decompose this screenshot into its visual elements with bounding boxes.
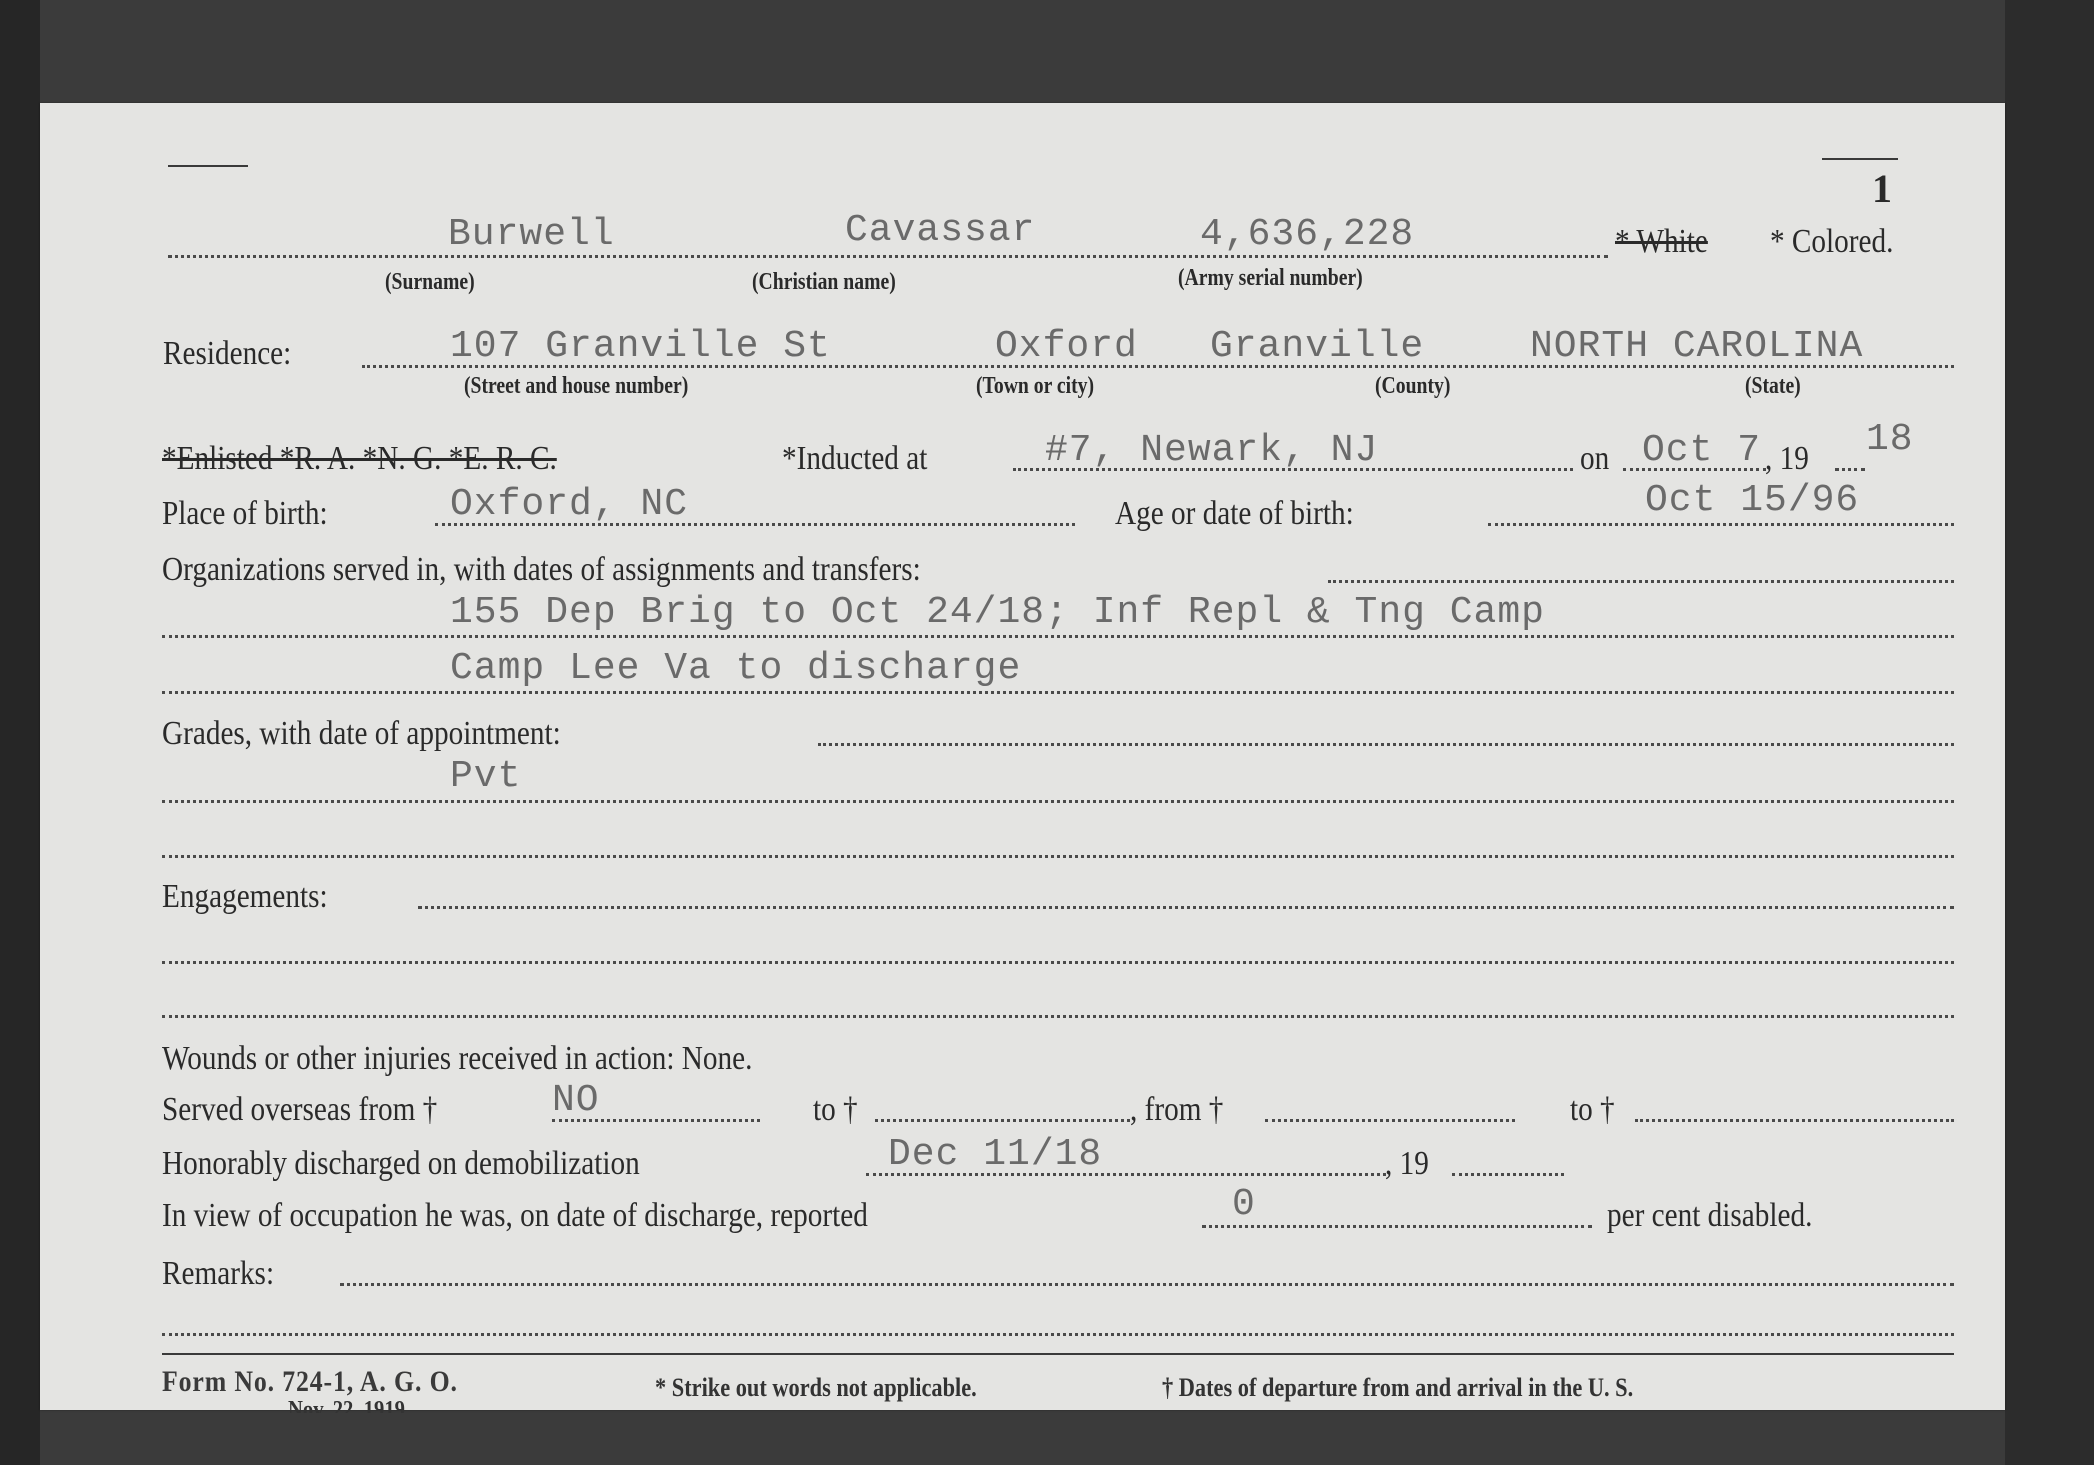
engagements-line-2 (162, 1015, 1954, 1018)
army-serial-number-value: 4,636,228 (1200, 213, 1414, 256)
grade-entry-1: Pvt (450, 755, 521, 798)
race-option-white: * White (1615, 223, 1708, 261)
christian-name-value: Cavassar (845, 209, 1035, 252)
inducted-at-value: #7, Newark, NJ (1045, 429, 1378, 472)
overseas-to-label-2: to † (1570, 1091, 1615, 1129)
form-date: Nov. 22, 1919 (288, 1397, 405, 1413)
scan-background-right (2005, 0, 2094, 1465)
disability-label: In view of occupation he was, on date of… (162, 1197, 868, 1235)
wounds-text: Wounds or other injuries received in act… (162, 1040, 752, 1078)
dates-note: † Dates of departure from and arrival in… (1162, 1373, 1633, 1403)
on-label: on (1580, 440, 1609, 478)
overseas-from-line-2 (1265, 1119, 1515, 1122)
remarks-line-1 (340, 1283, 1954, 1286)
residence-label: Residence: (163, 335, 291, 373)
overseas-to-line-2 (1635, 1119, 1954, 1122)
engagements-line-0 (418, 906, 1954, 909)
christian-name-label: (Christian name) (752, 269, 896, 296)
town-label: (Town or city) (976, 373, 1094, 400)
inducted-year-line (1835, 468, 1865, 471)
organizations-label-line (1328, 580, 1954, 583)
top-right-rule (1822, 158, 1898, 160)
inducted-year-value: 18 (1866, 418, 1914, 461)
strike-out-note: * Strike out words not applicable. (655, 1373, 977, 1403)
birth-date-value: Oct 15/96 (1645, 479, 1859, 522)
overseas-from-label-2: , from † (1130, 1091, 1223, 1129)
place-of-birth-label: Place of birth: (162, 495, 328, 533)
organizations-entry-1: 155 Dep Brig to Oct 24/18; Inf Repl & Tn… (450, 591, 1545, 634)
service-record-card: 1 Burwell Cavassar 4,636,228 * White * C… (40, 103, 2005, 1410)
organizations-entry-2: Camp Lee Va to discharge (450, 647, 1021, 690)
overseas-from-value: NO (552, 1079, 600, 1122)
form-number: Form No. 724-1, A. G. O. (162, 1365, 458, 1399)
surname-value: Burwell (448, 213, 615, 256)
army-serial-number-label: (Army serial number) (1178, 265, 1363, 292)
organizations-line-2 (162, 691, 1954, 694)
engagements-label: Engagements: (162, 878, 328, 916)
residence-town-value: Oxford (995, 325, 1138, 368)
disability-percent-line (1202, 1225, 1592, 1228)
surname-label: (Surname) (385, 269, 475, 296)
discharge-label: Honorably discharged on demobilization (162, 1145, 640, 1183)
street-label: (Street and house number) (464, 373, 688, 400)
discharge-year-prefix: , 19 (1385, 1145, 1429, 1183)
organizations-line-1 (162, 635, 1954, 638)
residence-state-value: NORTH CAROLINA (1530, 325, 1863, 368)
card-number: 1 (1872, 165, 1892, 212)
residence-street-value: 107 Granville St (450, 325, 831, 368)
inducted-date-value: Oct 7 (1642, 429, 1761, 472)
service-type-options: *Enlisted *R. A. *N. G. *E. R. C. (162, 440, 557, 478)
grades-line-1 (162, 800, 1954, 803)
age-or-birth-date-line (1488, 523, 1954, 526)
place-of-birth-value: Oxford, NC (450, 483, 688, 526)
county-label: (County) (1375, 373, 1450, 400)
grades-label: Grades, with date of appointment: (162, 715, 561, 753)
overseas-to-label-1: to † (813, 1091, 858, 1129)
overseas-to-line-1 (875, 1119, 1130, 1122)
organizations-label: Organizations served in, with dates of a… (162, 551, 921, 589)
top-left-rule (168, 165, 248, 167)
disability-percent-value: 0 (1232, 1183, 1256, 1226)
grades-label-line (818, 743, 1954, 746)
remarks-line-2 (162, 1333, 1954, 1336)
grades-line-2 (162, 855, 1954, 858)
form-date-clipped: Nov. 22, 1919 (288, 1397, 424, 1413)
discharge-year-line (1452, 1173, 1564, 1176)
discharge-date-value: Dec 11/18 (888, 1133, 1102, 1176)
remarks-label: Remarks: (162, 1255, 274, 1293)
overseas-from-label: Served overseas from † (162, 1091, 437, 1129)
state-label: (State) (1745, 373, 1801, 400)
disability-suffix: per cent disabled. (1607, 1197, 1812, 1235)
inducted-year-prefix: , 19 (1765, 440, 1809, 478)
footer-rule (162, 1353, 1954, 1355)
age-or-birth-date-label: Age or date of birth: (1115, 495, 1354, 533)
race-option-colored: * Colored. (1770, 223, 1893, 261)
inducted-at-label: *Inducted at (782, 440, 927, 478)
scan-background-left (0, 0, 40, 1465)
engagements-line-1 (162, 961, 1954, 964)
residence-county-value: Granville (1210, 325, 1424, 368)
